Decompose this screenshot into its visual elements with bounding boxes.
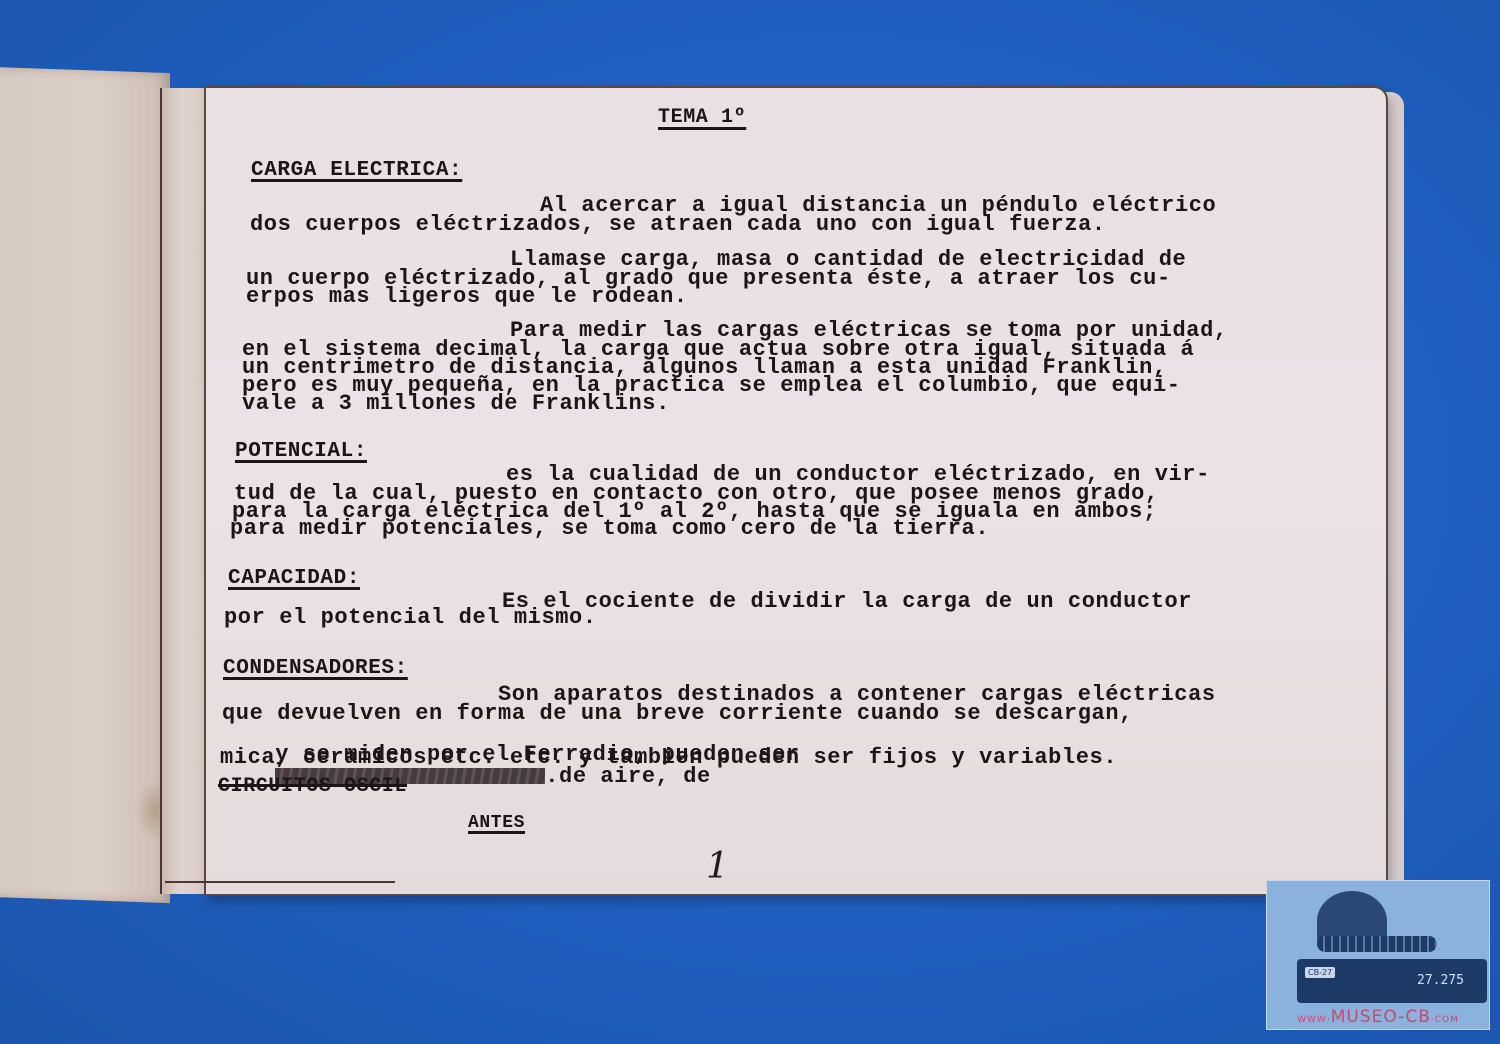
page-number: 1 <box>706 846 729 887</box>
paragraph-line: erpos mas ligeros que le rodean. <box>246 286 688 308</box>
watermark-logo: CB-27 27.275 WWW·MUSEO-CB·COM <box>1266 880 1490 1030</box>
cb-radio-icon: CB-27 27.275 <box>1297 959 1487 1003</box>
paragraph-line: vale a 3 millones de Franklins. <box>242 393 670 415</box>
paragraph-line: mica, ceramicos etc. etc. y tambien pued… <box>220 747 1117 769</box>
coiled-cord-icon <box>1317 936 1437 952</box>
page-bottom-edge <box>165 881 395 883</box>
paragraph-line: para medir potenciales, se toma como cer… <box>230 518 989 540</box>
heading-carga-electrica: CARGA ELECTRICA: <box>251 160 462 181</box>
paragraph-line: Es el cociente de dividir la carga de un… <box>502 591 1192 613</box>
page-title: TEMA 1º <box>658 108 746 128</box>
heading-condensadores: CONDENSADORES: <box>223 658 408 679</box>
radio-label: CB-27 <box>1305 967 1335 978</box>
struck-heading: CIRCUITOS OSCIL <box>218 777 407 797</box>
heading-capacidad: CAPACIDAD: <box>228 568 360 589</box>
heading-potencial: POTENCIAL: <box>235 441 367 462</box>
paragraph-line: dos cuerpos eléctrizados, se atraen cada… <box>250 214 1106 236</box>
radio-frequency: 27.275 <box>1417 973 1464 988</box>
watermark-text: WWW·MUSEO-CB·COM <box>1267 1007 1489 1027</box>
paragraph-line: por el potencial del mismo. <box>224 607 597 629</box>
handwritten-note: ANTES <box>468 814 525 832</box>
